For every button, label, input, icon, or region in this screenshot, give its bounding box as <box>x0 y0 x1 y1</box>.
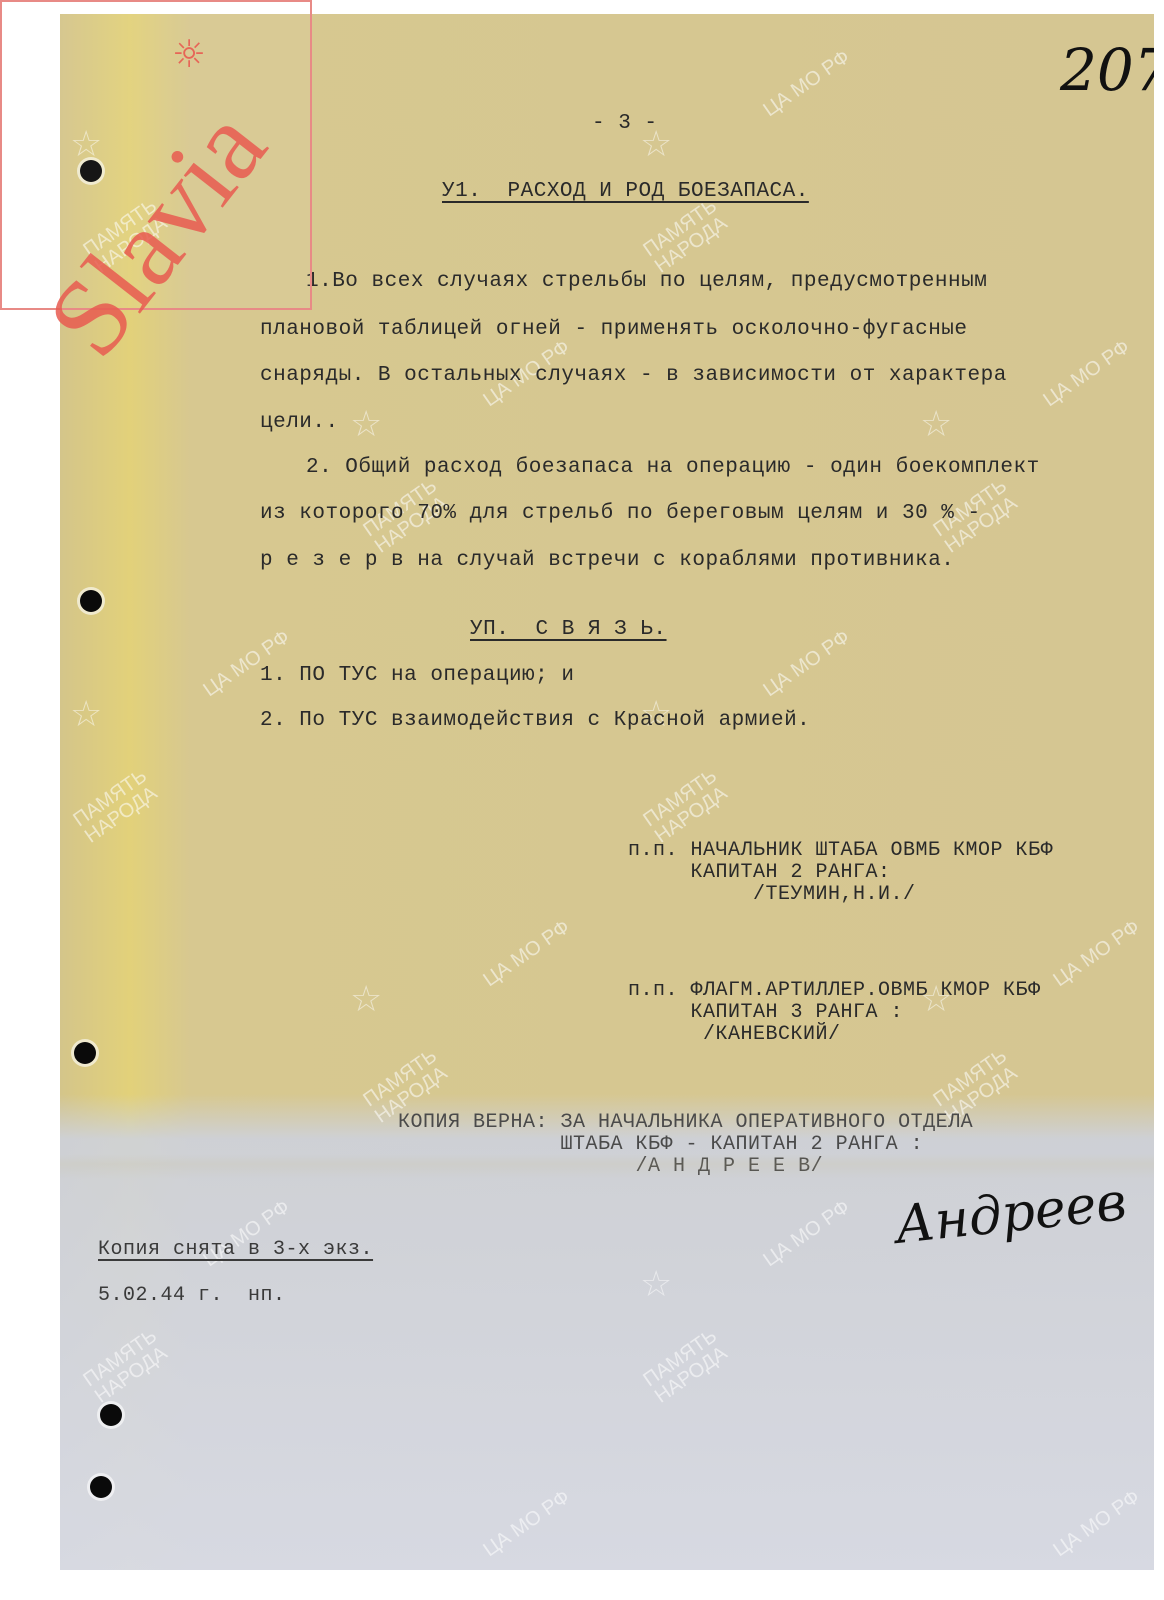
punch-hole <box>90 1476 112 1498</box>
star-icon: ☆ <box>350 404 382 445</box>
archive-folio-number: 207 <box>1060 36 1154 104</box>
star-icon: ☆ <box>350 979 382 1020</box>
paragraph-line: снаряды. В остальных случаях - в зависим… <box>260 364 1007 387</box>
paragraph-line: 2. Общий расход боезапаса на операцию - … <box>306 456 1040 479</box>
watermark-archive: ЦА МО РФ <box>1050 917 1143 991</box>
watermark-project: ПАМЯТЬНАРОДА <box>80 1326 172 1407</box>
star-icon: ☆ <box>920 404 952 445</box>
page-number: - 3 - <box>592 112 658 135</box>
watermark-project: ПАМЯТЬНАРОДА <box>640 196 732 277</box>
paragraph-line: из которого 70% для стрельб по береговым… <box>260 502 981 525</box>
list-item: 1. ПО ТУС на операцию; и <box>260 664 574 687</box>
sun-icon: ☼ <box>172 32 206 76</box>
list-item: 2. По ТУС взаимодействия с Красной армие… <box>260 709 810 732</box>
handwritten-signature: Андреев <box>892 1172 1129 1256</box>
watermark-archive: ЦА МО РФ <box>480 917 573 991</box>
section-heading-ammunition: У1. РАСХОД И РОД БОЕЗАПАСА. <box>442 180 809 203</box>
signature-block-chief-of-staff: п.п. НАЧАЛЬНИК ШТАБА ОВМБ КМОР КБФ КАПИТ… <box>628 840 1053 906</box>
copy-date: 5.02.44 г. нп. <box>98 1284 286 1307</box>
signature-block-flag-artillery: п.п. ФЛАГМ.АРТИЛЛЕР.ОВМБ КМОР КБФ КАПИТА… <box>628 980 1041 1046</box>
star-icon: ☆ <box>70 694 102 735</box>
punch-hole <box>80 590 102 612</box>
watermark-archive: ЦА МО РФ <box>1040 337 1133 411</box>
watermark-project: ПАМЯТЬНАРОДА <box>640 766 732 847</box>
watermark-archive: ЦА МО РФ <box>760 627 853 701</box>
watermark-archive: ЦА МО РФ <box>1050 1487 1143 1561</box>
copy-certification: КОПИЯ ВЕРНА: ЗА НАЧАЛЬНИКА ОПЕРАТИВНОГО … <box>398 1112 973 1178</box>
watermark-archive: ЦА МО РФ <box>760 47 853 121</box>
watermark-archive: ЦА МО РФ <box>760 1197 853 1271</box>
watermark-archive: ЦА МО РФ <box>480 1487 573 1561</box>
slavia-logo-overlay: ☼ Slavia <box>0 0 312 310</box>
paragraph-line: цели.. <box>260 411 339 434</box>
paragraph-line: 1.Во всех случаях стрельбы по целям, пре… <box>306 270 987 293</box>
punch-hole <box>74 1042 96 1064</box>
paragraph-line: плановой таблицей огней - применять оско… <box>260 318 968 341</box>
star-icon: ☆ <box>640 1264 672 1305</box>
watermark-project: ПАМЯТЬНАРОДА <box>640 1326 732 1407</box>
section-heading-communications: УП. С В Я З Ь. <box>470 618 667 641</box>
watermark-project: ПАМЯТЬНАРОДА <box>70 766 162 847</box>
copy-note: Копия снята в 3-х экз. <box>98 1238 373 1261</box>
paragraph-line: р е з е р в на случай встречи с кораблям… <box>260 549 954 572</box>
